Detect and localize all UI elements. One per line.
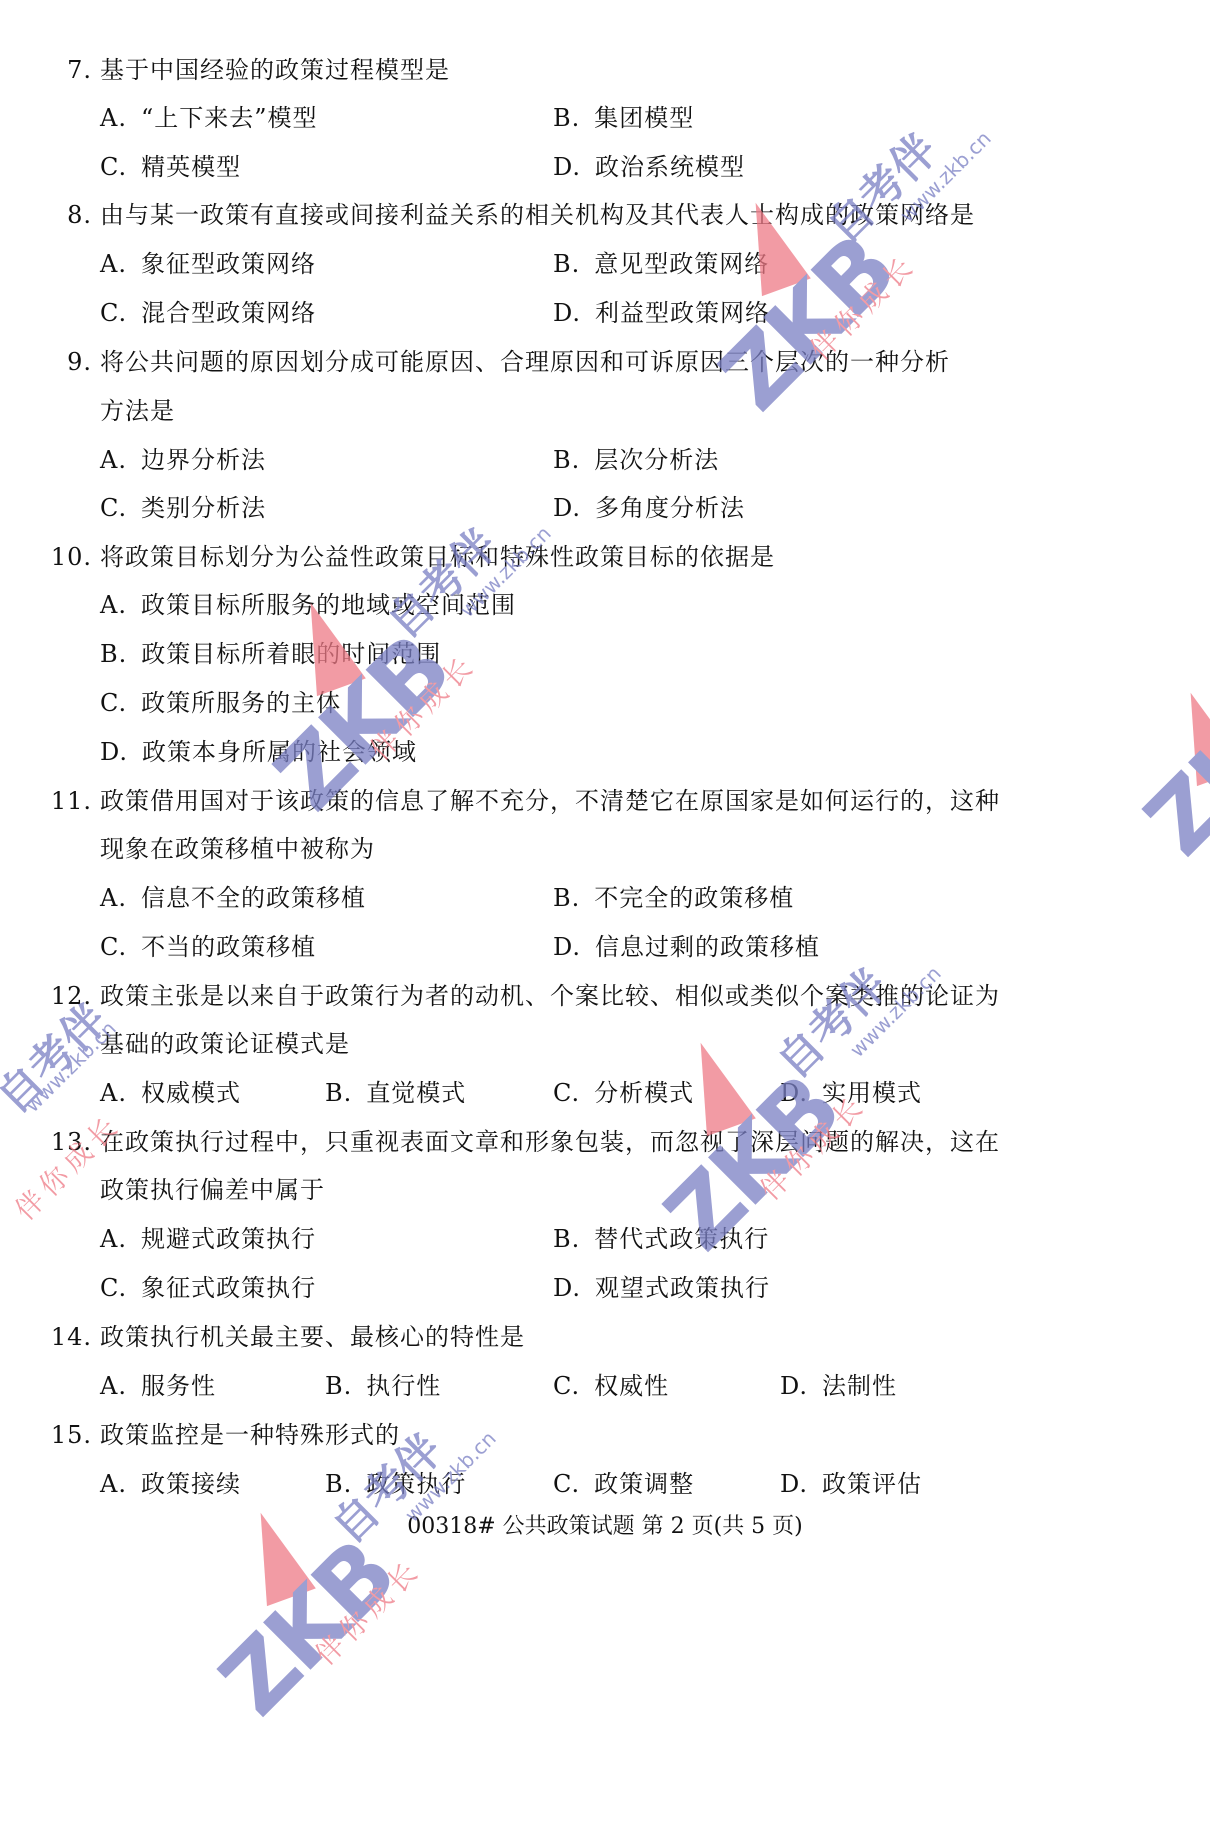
option-a: A.政策接续 [100,1467,241,1501]
option-a: A.政策目标所服务的地域或空间范围 [100,588,516,622]
option-a: A.“上下来去”模型 [100,101,318,135]
question-text: 政策执行机关最主要、最核心的特性是 [100,1320,525,1354]
option-a: A.权威模式 [100,1076,241,1110]
option-d: D.实用模式 [780,1076,922,1110]
watermark-triangle-icon [1166,684,1210,786]
option-c: C.象征式政策执行 [100,1271,316,1305]
option-c: C.权威性 [553,1369,669,1403]
question-text: 基于中国经验的政策过程模型是 [100,53,450,87]
option-b: B.意见型政策网络 [553,247,769,281]
question-number: 13. [22,1125,92,1159]
option-c: C.分析模式 [553,1076,694,1110]
option-a: A.服务性 [100,1369,216,1403]
option-d: D.政策本身所属的社会领域 [100,735,417,769]
exam-page: 7. 基于中国经验的政策过程模型是 A.“上下来去”模型 B.集团模型 C.精英… [0,0,1210,1823]
question-text-continued: 方法是 [100,394,175,428]
option-c: C.政策所服务的主体 [100,686,341,720]
page-footer: 00318# 公共政策试题 第 2 页(共 5 页) [0,1512,1210,1542]
option-b: B.层次分析法 [553,443,719,477]
question-text: 政策主张是以来自于政策行为者的动机、个案比较、相似或类似个案类推的论证为 [100,979,1000,1013]
question-number: 9. [22,345,92,379]
question-text: 将公共问题的原因划分成可能原因、合理原因和可诉原因三个层次的一种分析 [100,345,950,379]
question-number: 7. [22,53,92,87]
option-a: A.信息不全的政策移植 [100,881,366,915]
option-c: C.不当的政策移植 [100,930,316,964]
option-d: D.观望式政策执行 [553,1271,770,1305]
option-a: A.象征型政策网络 [100,247,316,281]
option-d: D.法制性 [780,1369,897,1403]
question-text: 由与某一政策有直接或间接利益关系的相关机构及其代表人士构成的政策网络是 [100,198,975,232]
question-number: 12. [22,979,92,1013]
option-a: A.边界分析法 [100,443,266,477]
question-text: 政策监控是一种特殊形式的 [100,1418,400,1452]
option-d: D.政治系统模型 [553,150,745,184]
option-b: B.政策目标所着眼的时间范围 [100,637,441,671]
option-d: D.多角度分析法 [553,491,745,525]
question-number: 11. [22,784,92,818]
option-c: C.混合型政策网络 [100,296,316,330]
option-d: D.政策评估 [780,1467,922,1501]
option-b: B.政策执行 [325,1467,466,1501]
question-text-continued: 基础的政策论证模式是 [100,1027,350,1061]
option-b: B.不完全的政策移植 [553,881,794,915]
option-a: A.规避式政策执行 [100,1222,316,1256]
option-c: C.政策调整 [553,1467,694,1501]
question-text: 将政策目标划分为公益性政策目标和特殊性政策目标的依据是 [100,540,775,574]
option-b: B.集团模型 [553,101,694,135]
question-number: 10. [22,540,92,574]
question-number: 15. [22,1418,92,1452]
option-b: B.直觉模式 [325,1076,466,1110]
question-text: 政策借用国对于该政策的信息了解不充分，不清楚它在原国家是如何运行的，这种 [100,784,1000,818]
question-text-continued: 现象在政策移植中被称为 [100,832,375,866]
option-d: D.利益型政策网络 [553,296,770,330]
question-number: 8. [22,198,92,232]
question-text-continued: 政策执行偏差中属于 [100,1173,325,1207]
question-text: 在政策执行过程中，只重视表面文章和形象包装，而忽视了深层问题的解决，这在 [100,1125,1000,1159]
question-number: 14. [22,1320,92,1354]
option-d: D.信息过剩的政策移植 [553,930,820,964]
option-c: C.类别分析法 [100,491,266,525]
option-c: C.精英模型 [100,150,241,184]
option-b: B.执行性 [325,1369,441,1403]
option-b: B.替代式政策执行 [553,1222,769,1256]
